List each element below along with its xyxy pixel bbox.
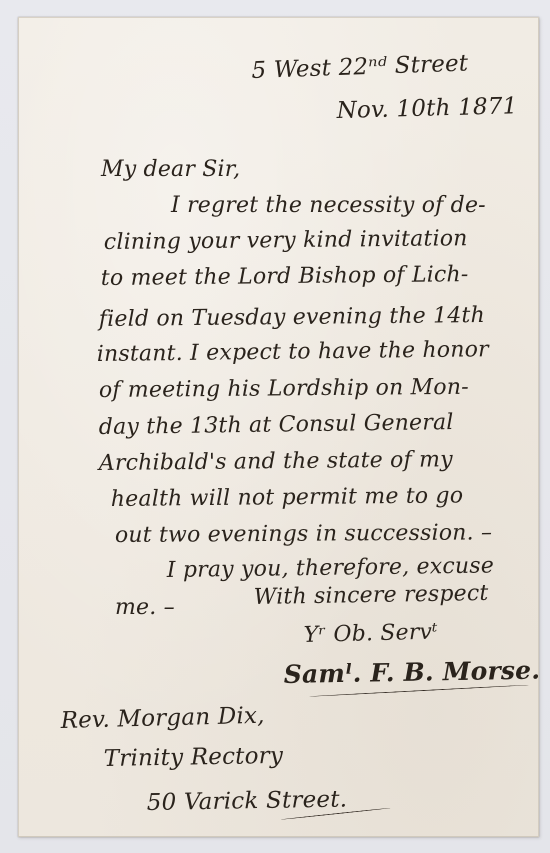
body-line: I regret the necessity of de- [171,193,486,218]
addressee-organization: Trinity Rectory [104,743,284,772]
body-line: Archibald's and the state of my [99,447,453,476]
valediction: With sincere respect [254,581,489,610]
heading-address: 5 West 22ⁿᵈ Street [251,50,469,84]
photo-background: 5 West 22ⁿᵈ Street Nov. 10th 1871 My dea… [0,0,550,853]
body-line: out two evenings in succession. – [115,520,492,548]
addressee-street: 50 Varick Street. [147,787,348,816]
body-line: me. – [115,595,175,620]
body-line: health will not permit me to go [111,483,464,512]
addressee-name: Rev. Morgan Dix, [60,703,265,734]
body-line: I pray you, therefore, excuse [167,553,494,583]
body-line: day the 13th at Consul General [99,410,454,440]
body-line: field on Tuesday evening the 14th [99,303,485,332]
signature: Samˡ. F. B. Morse. [283,656,540,689]
body-line: of meeting his Lordship on Mon- [99,375,469,403]
body-line: to meet the Lord Bishop of Lich- [101,262,469,291]
complimentary-close: Yʳ Ob. Servᵗ [303,619,438,648]
body-line: instant. I expect to have the honor [97,337,489,367]
salutation: My dear Sir, [101,157,240,182]
heading-date: Nov. 10th 1871 [336,93,517,124]
body-line: clining your very kind invitation [104,226,468,255]
letter-page: 5 West 22ⁿᵈ Street Nov. 10th 1871 My dea… [18,17,539,837]
